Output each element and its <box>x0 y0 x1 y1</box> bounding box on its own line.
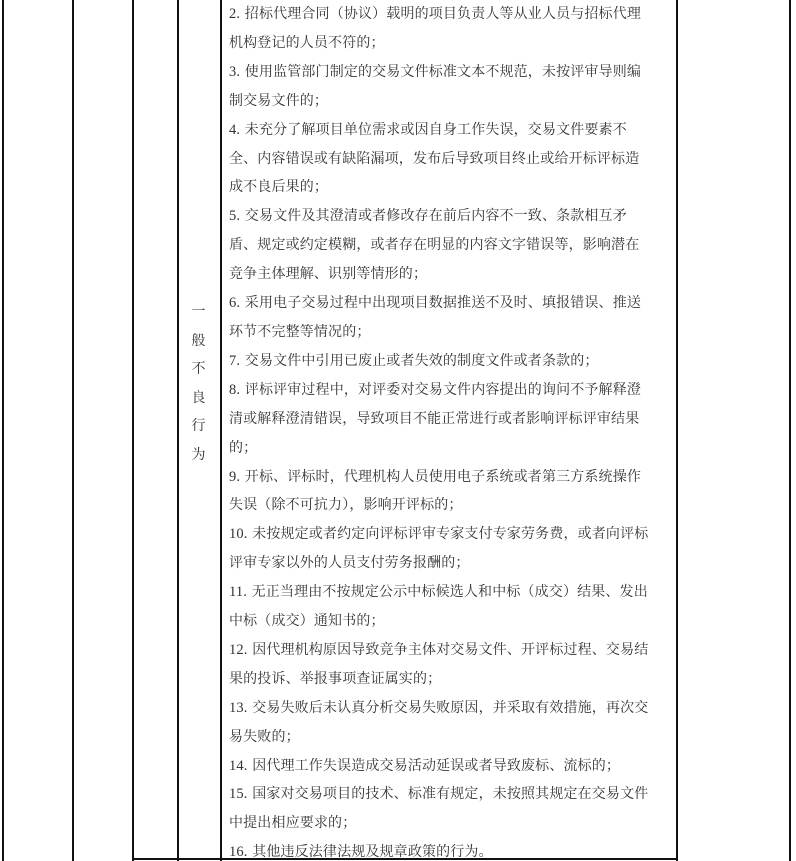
item-text: 中提出相应要求的； <box>229 809 669 838</box>
item-number: 9. <box>229 469 240 485</box>
list-item: 12. 因代理机构原因导致竞争主体对交易文件、开评标过程、交易结 果的投诉、举报… <box>229 636 669 694</box>
item-text: 制交易文件的； <box>229 87 669 116</box>
list-item: 13. 交易失败后未认真分析交易失败原因，并采取有效措施，再次交 易失败的； <box>229 694 669 752</box>
item-number: 7. <box>229 353 240 369</box>
item-number: 5. <box>229 208 240 224</box>
list-item: 14. 因代理工作失误造成交易活动延误或者导致废标、流标的； <box>229 752 669 781</box>
item-text: 环节不完整等情况的； <box>229 318 669 347</box>
item-text: 失误（除不可抗力），影响开评标的； <box>229 491 669 520</box>
category-char: 不 <box>192 355 206 384</box>
item-text: 交易失败后未认真分析交易失败原因，并采取有效措施，再次交 <box>252 700 648 716</box>
item-text: 评审专家以外的人员支付劳务报酬的； <box>229 549 669 578</box>
item-text: 中标（成交）通知书的； <box>229 607 669 636</box>
list-item: 5. 交易文件及其澄清或者修改存在前后内容不一致、条款相互矛 盾、规定或约定模糊… <box>229 202 669 289</box>
item-number: 12. <box>229 642 248 658</box>
list-item: 7. 交易文件中引用已废止或者失效的制度文件或者条款的； <box>229 347 669 376</box>
table-border-right <box>789 0 791 861</box>
item-text: 成不良后果的； <box>229 173 669 202</box>
item-text: 竞争主体理解、识别等情形的； <box>229 260 669 289</box>
list-item: 11. 无正当理由不按规定公示中标候选人和中标（成交）结果、发出 中标（成交）通… <box>229 578 669 636</box>
item-text: 清或解释澄清错误，导致项目不能正常进行或者影响评标评审结果 <box>229 405 669 434</box>
list-item: 3. 使用监管部门制定的交易文件标准文本不规范，未按评审导则编 制交易文件的； <box>229 58 669 116</box>
item-number: 15. <box>229 786 248 802</box>
list-item: 4. 未充分了解项目单位需求或因自身工作失误，交易文件要素不 全、内容错误或有缺… <box>229 116 669 203</box>
list-item: 9. 开标、评标时，代理机构人员使用电子系统或者第三方系统操作 失误（除不可抗力… <box>229 463 669 521</box>
column-divider-4 <box>220 0 222 861</box>
item-text: 因代理机构原因导致竞争主体对交易文件、开评标过程、交易结 <box>252 642 648 658</box>
item-number: 2. <box>229 6 240 22</box>
list-item: 2. 招标代理合同（协议）载明的项目负责人等从业人员与招标代理 机构登记的人员不… <box>229 0 669 58</box>
list-item: 8. 评标评审过程中，对评委对交易文件内容提出的询问不予解释澄 清或解释澄清错误… <box>229 376 669 463</box>
item-number: 14. <box>229 758 248 774</box>
item-text: 评标评审过程中，对评委对交易文件内容提出的询问不予解释澄 <box>245 382 641 398</box>
column-divider-5 <box>676 0 678 861</box>
item-text: 机构登记的人员不符的； <box>229 29 669 58</box>
item-text: 国家对交易项目的技术、标准有规定，未按照其规定在交易文件 <box>252 786 648 802</box>
category-char: 为 <box>192 441 206 470</box>
item-text: 交易文件及其澄清或者修改存在前后内容不一致、条款相互矛 <box>245 208 627 224</box>
list-item: 6. 采用电子交易过程中出现项目数据推送不及时、填报错误、推送 环节不完整等情况… <box>229 289 669 347</box>
category-label: 一 般 不 良 行 为 <box>177 298 220 470</box>
item-number: 4. <box>229 122 240 138</box>
item-text: 的； <box>229 434 669 463</box>
category-char: 良 <box>192 384 206 413</box>
item-text: 全、内容错误或有缺陷漏项，发布后导致项目终止或给开标评标造 <box>229 145 669 174</box>
item-text: 开标、评标时，代理机构人员使用电子系统或者第三方系统操作 <box>245 469 641 485</box>
column-divider-2 <box>132 0 134 861</box>
item-text: 其他违反法律法规及规章政策的行为。 <box>252 844 493 860</box>
item-number: 11. <box>229 584 247 600</box>
item-number: 8. <box>229 382 240 398</box>
item-text: 果的投诉、举报事项查证属实的； <box>229 665 669 694</box>
item-number: 10. <box>229 526 248 542</box>
item-text: 未按规定或者约定向评标评审专家支付专家劳务费，或者向评标 <box>252 526 648 542</box>
behavior-list: 2. 招标代理合同（协议）载明的项目负责人等从业人员与招标代理 机构登记的人员不… <box>229 0 669 861</box>
list-item: 10. 未按规定或者约定向评标评审专家支付专家劳务费，或者向评标 评审专家以外的… <box>229 520 669 578</box>
category-char: 行 <box>192 412 206 441</box>
item-text: 采用电子交易过程中出现项目数据推送不及时、填报错误、推送 <box>245 295 641 311</box>
item-text: 因代理工作失误造成交易活动延误或者导致废标、流标的； <box>252 758 620 774</box>
column-divider-1 <box>72 0 74 861</box>
list-item: 16. 其他违反法律法规及规章政策的行为。 <box>229 838 669 861</box>
item-text: 盾、规定或约定模糊，或者存在明显的内容文字错误等，影响潜在 <box>229 231 669 260</box>
list-item: 15. 国家对交易项目的技术、标准有规定，未按照其规定在交易文件 中提出相应要求… <box>229 780 669 838</box>
item-number: 6. <box>229 295 240 311</box>
item-text: 招标代理合同（协议）载明的项目负责人等从业人员与招标代理 <box>245 6 641 22</box>
item-number: 16. <box>229 844 248 860</box>
item-number: 3. <box>229 64 240 80</box>
item-text: 使用监管部门制定的交易文件标准文本不规范，未按评审导则编 <box>245 64 641 80</box>
item-text: 未充分了解项目单位需求或因自身工作失误，交易文件要素不 <box>245 122 627 138</box>
item-number: 13. <box>229 700 248 716</box>
item-text: 易失败的； <box>229 723 669 752</box>
item-text: 交易文件中引用已废止或者失效的制度文件或者条款的； <box>245 353 599 369</box>
category-char: 一 <box>192 298 206 327</box>
item-text: 无正当理由不按规定公示中标候选人和中标（成交）结果、发出 <box>252 584 648 600</box>
table-border-left <box>2 0 4 861</box>
category-char: 般 <box>192 327 206 356</box>
